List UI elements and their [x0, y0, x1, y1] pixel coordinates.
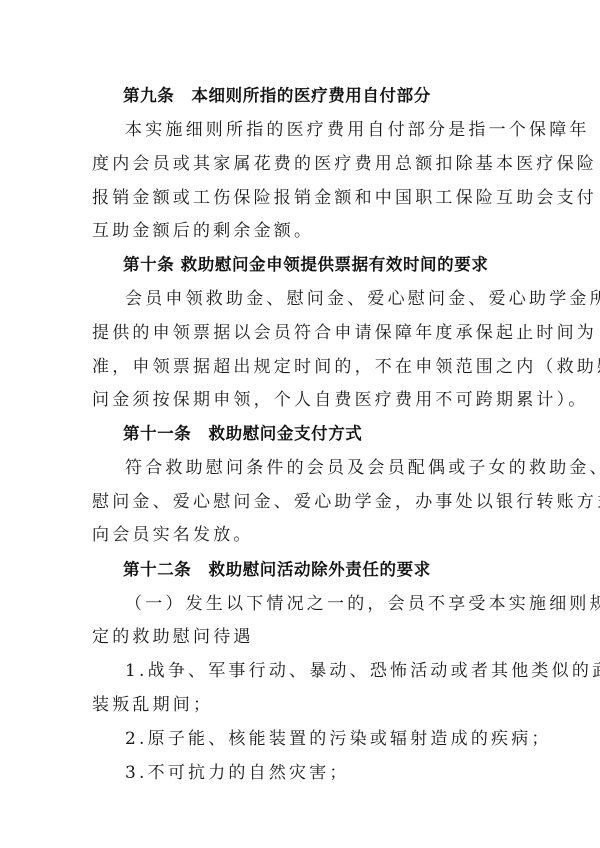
article-12-clause-line: （一）发生以下情况之一的，会员不享受本实施细则规: [125, 591, 545, 617]
article-12-item-1-line: 1.战争、军事行动、暴动、恐怖活动或者其他类似的武: [125, 658, 545, 684]
article-9-paragraph-line: 度内会员或其家属花费的医疗费用总额扣除基本医疗保险: [92, 151, 512, 177]
article-10-heading: 第十条 救助慰问金申领提供票据有效时间的要求: [123, 252, 543, 278]
article-9-paragraph-line: 本实施细则所指的医疗费用自付部分是指一个保障年: [125, 117, 545, 143]
article-11-paragraph-line: 慰问金、爱心慰问金、爱心助学金，办事处以银行转账方式: [92, 489, 512, 515]
article-9-heading: 第九条 本细则所指的医疗费用自付部分: [123, 83, 543, 109]
article-9-paragraph-line: 互助金额后的剩余金额。: [92, 218, 512, 244]
article-12-item-1-line: 装叛乱期间；: [92, 692, 512, 718]
article-11-paragraph-line: 向会员实名发放。: [92, 522, 512, 548]
document-page: 第九条 本细则所指的医疗费用自付部分 本实施细则所指的医疗费用自付部分是指一个保…: [0, 0, 600, 848]
article-11-paragraph-line: 符合救助慰问条件的会员及会员配偶或子女的救助金、: [125, 455, 545, 481]
article-12-item-3-line: 3.不可抗力的自然灾害；: [125, 760, 545, 786]
article-10-paragraph-line: 提供的申领票据以会员符合申请保障年度承保起止时间为: [92, 320, 512, 346]
article-10-paragraph-line: 准，申领票据超出规定时间的，不在申领范围之内（救助慰: [92, 354, 512, 380]
article-10-paragraph-line: 会员申领救助金、慰问金、爱心慰问金、爱心助学金所: [125, 286, 545, 312]
article-11-heading: 第十一条 救助慰问金支付方式: [123, 421, 543, 447]
article-9-paragraph-line: 报销金额或工伤保险报销金额和中国职工保险互助会支付: [92, 185, 512, 211]
article-12-heading: 第十二条 救助慰问活动除外责任的要求: [123, 557, 543, 583]
article-12-clause-line: 定的救助慰问待遇: [92, 624, 512, 650]
article-12-item-2-line: 2.原子能、核能装置的污染或辐射造成的疾病；: [125, 726, 545, 752]
article-10-paragraph-line: 问金须按保期申领，个人自费医疗费用不可跨期累计）。: [92, 387, 512, 413]
